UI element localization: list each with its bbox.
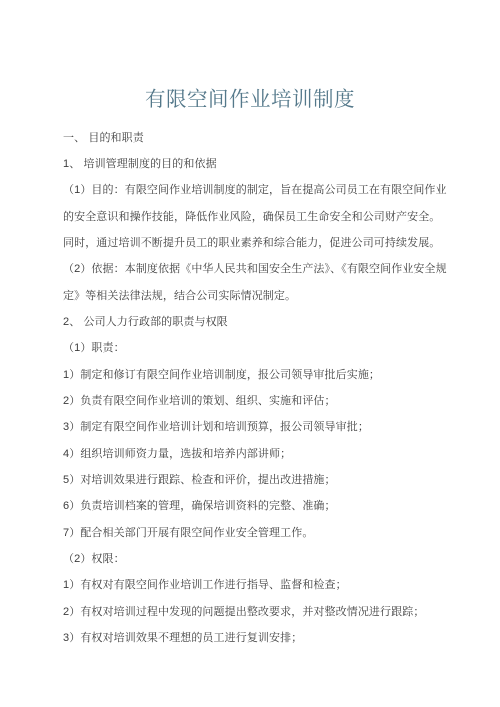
document-title: 有限空间作业培训制度 [0, 82, 500, 112]
doc-line: 2、 公司人力行政部的职责与权限 [63, 309, 472, 335]
doc-line: 同时，通过培训不断提升员工的职业素养和综合能力，促进公司可持续发展。 [63, 230, 472, 256]
doc-line: 1、 培训管理制度的目的和依据 [63, 151, 472, 177]
doc-line: 5）对培训效果进行跟踪、检查和评价，提出改进措施； [63, 467, 472, 493]
document-body: 一、 目的和职责1、 培训管理制度的目的和依据（1）目的：有限空间作业培训制度的… [63, 125, 472, 652]
doc-line: （2）权限： [63, 546, 472, 572]
doc-line: （1）目的：有限空间作业培训制度的制定，旨在提高公司员工在有限空间作业 [63, 177, 472, 203]
doc-line: 4）组织培训师资力量，选拔和培养内部讲师； [63, 441, 472, 467]
doc-line: 3）有权对培训效果不理想的员工进行复训安排； [63, 625, 472, 651]
document-page: 有限空间作业培训制度 一、 目的和职责1、 培训管理制度的目的和依据（1）目的：… [0, 0, 500, 707]
doc-line: 定》等相关法律法规，结合公司实际情况制定。 [63, 283, 472, 309]
doc-line: 2）负责有限空间作业培训的策划、组织、实施和评估； [63, 388, 472, 414]
doc-line: （1）职责： [63, 335, 472, 361]
doc-line: 6）负责培训档案的管理，确保培训资料的完整、准确； [63, 493, 472, 519]
doc-line: 7）配合相关部门开展有限空间作业安全管理工作。 [63, 520, 472, 546]
doc-line: 3）制定有限空间作业培训计划和培训预算，报公司领导审批； [63, 414, 472, 440]
doc-line: 2）有权对培训过程中发现的问题提出整改要求，并对整改情况进行跟踪； [63, 599, 472, 625]
doc-line: （2）依据：本制度依据《中华人民共和国安全生产法》、《有限空间作业安全规 [63, 256, 472, 282]
doc-line: 1）制定和修订有限空间作业培训制度，报公司领导审批后实施； [63, 362, 472, 388]
doc-line: 一、 目的和职责 [63, 125, 472, 151]
doc-line: 的安全意识和操作技能，降低作业风险，确保员工生命安全和公司财产安全。 [63, 204, 472, 230]
doc-line: 1）有权对有限空间作业培训工作进行指导、监督和检查； [63, 572, 472, 598]
